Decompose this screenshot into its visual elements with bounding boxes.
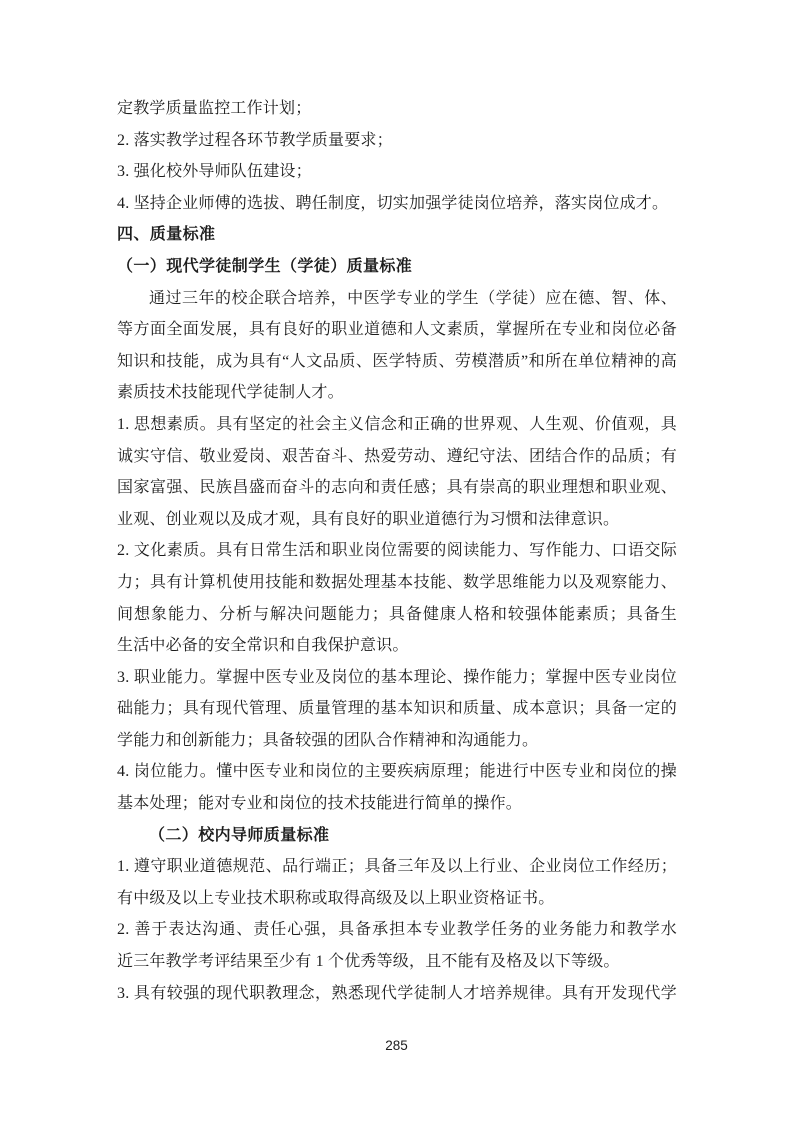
text-line: 诚实守信、敬业爱岗、艰苦奋斗、热爱劳动、遵纪守法、团结合作的品质；有为 <box>117 441 677 473</box>
text-line: 素质技术技能现代学徒制人才。 <box>117 377 677 409</box>
text-line: 3. 强化校外导师队伍建设； <box>117 156 677 188</box>
text-line: 3. 具有较强的现代职教理念，熟悉现代学徒制人才培养规律。具有开发现代学徒 <box>117 978 677 1010</box>
text-line: 通过三年的校企联合培养，中医学专业的学生（学徒）应在德、智、体、美 <box>117 283 677 315</box>
text-line: 学能力和创新能力；具备较强的团队合作精神和沟通能力。 <box>117 725 677 757</box>
text-line: 1. 遵守职业道德规范、品行端正；具备三年及以上行业、企业岗位工作经历；具 <box>117 851 677 883</box>
text-line: 间想象能力、分析与解决问题能力；具备健康人格和较强体能素质；具备生产、 <box>117 599 677 631</box>
text-line: 国家富强、民族昌盛而奋斗的志向和责任感；具有崇高的职业理想和职业观、择 <box>117 472 677 504</box>
text-line: 力；具有计算机使用技能和数据处理基本技能、数学思维能力以及观察能力、空 <box>117 567 677 599</box>
text-line: 4. 岗位能力。懂中医专业和岗位的主要疾病原理；能进行中医专业和岗位的操作、 <box>117 756 677 788</box>
text-line: 生活中必备的安全常识和自我保护意识。 <box>117 630 677 662</box>
text-line: 4. 坚持企业师傅的选拔、聘任制度，切实加强学徒岗位培养，落实岗位成才。 <box>117 188 677 220</box>
text-line: 1. 思想素质。具有坚定的社会主义信念和正确的世界观、人生观、价值观，具有 <box>117 409 677 441</box>
text-line: 2. 落实教学过程各环节教学质量要求； <box>117 125 677 157</box>
text-line: 业观、创业观以及成才观，具有良好的职业道德行为习惯和法律意识。 <box>117 504 677 536</box>
text-line: 基本处理；能对专业和岗位的技术技能进行简单的操作。 <box>117 788 677 820</box>
section-heading: 四、质量标准 <box>117 219 677 251</box>
text-line: 等方面全面发展，具有良好的职业道德和人文素质，掌握所在专业和岗位必备的 <box>117 314 677 346</box>
text-line: 2. 善于表达沟通、责任心强，具备承担本专业教学任务的业务能力和教学水平， <box>117 914 677 946</box>
section-heading: （二）校内导师质量标准 <box>117 820 677 852</box>
text-line: 知识和技能，成为具有“人文品质、医学特质、劳模潜质”和所在单位精神的高 <box>117 346 677 378</box>
text-line: 2. 文化素质。具有日常生活和职业岗位需要的阅读能力、写作能力、口语交际能 <box>117 535 677 567</box>
text-line: 3. 职业能力。掌握中医专业及岗位的基本理论、操作能力；掌握中医专业岗位基 <box>117 662 677 694</box>
document-page: 定教学质量监控工作计划；2. 落实教学过程各环节教学质量要求；3. 强化校外导师… <box>0 0 793 1122</box>
text-line: 定教学质量监控工作计划； <box>117 93 677 125</box>
text-line: 近三年教学考评结果至少有 1 个优秀等级，且不能有及格及以下等级。 <box>117 946 677 978</box>
text-line: 有中级及以上专业技术职称或取得高级及以上职业资格证书。 <box>117 883 677 915</box>
section-heading: （一）现代学徒制学生（学徒）质量标准 <box>117 251 677 283</box>
page-number: 285 <box>0 1038 793 1053</box>
text-line: 础能力；具有现代管理、质量管理的基本知识和质量、成本意识；具备一定的自 <box>117 693 677 725</box>
document-text-block: 定教学质量监控工作计划；2. 落实教学过程各环节教学质量要求；3. 强化校外导师… <box>117 93 677 1009</box>
